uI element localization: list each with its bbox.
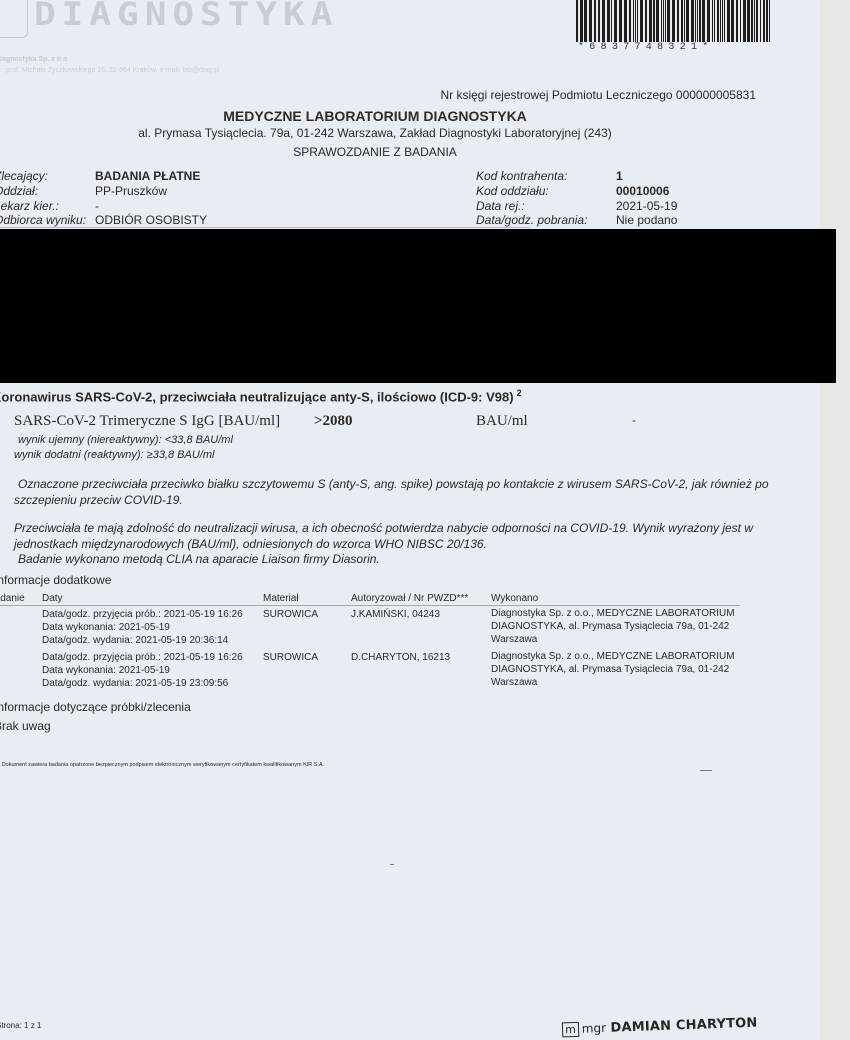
scan-mark	[390, 864, 394, 865]
table-row-1-material: SUROWICA	[263, 609, 318, 622]
sample-info-text: Brak uwag	[0, 719, 51, 733]
footnote-signature: * Dokument zawiera badania opatrzone bez…	[0, 762, 324, 768]
report-title: SPRAWOZDANIE Z BADANIA	[0, 145, 750, 159]
meta-label-department: Oddział:	[0, 184, 38, 198]
meta-label-recipient: Odbiorca wyniku:	[0, 213, 86, 227]
scanned-report-page: DIAGNOSTYKA iagnostyka Sp. z o.o . prof.…	[0, 0, 820, 1040]
registry-number: Nr księgi rejestrowej Podmiotu Lecznicze…	[440, 88, 756, 102]
meta-value-physician: -	[95, 199, 99, 213]
test-parameter: SARS-CoV-2 Trimeryczne S IgG [BAU/ml]	[14, 413, 280, 430]
stamp-name: DAMIAN CHARYTON	[610, 1016, 758, 1036]
meta-value-department: PP-Pruszków	[95, 184, 167, 198]
test-title-text: Koronawirus SARS-CoV-2, przeciwciała neu…	[0, 389, 514, 404]
meta-label-contractor-code: Kod kontrahenta:	[476, 169, 567, 183]
table-row-2-executed-3: Warszawa	[491, 677, 537, 690]
reference-positive: wynik dodatni (reaktywny): ≥33,8 BAU/ml	[14, 449, 214, 461]
comment-2-line-3: Badanie wykonano metodą CLIA na aparacie…	[18, 551, 380, 567]
barcode	[576, 0, 772, 42]
meta-label-registration-date: Data rej.:	[476, 199, 525, 213]
table-row-2-received: Data/godz. przyjęcia prób.: 2021-05-19 1…	[42, 652, 243, 665]
comment-2-line-1: Przeciwciała te mają zdolność do neutral…	[14, 520, 753, 536]
logo-frame	[0, 0, 28, 38]
table-row-2-performed: Data wykonania: 2021-05-19	[42, 665, 170, 678]
page-number: Strona: 1 z 1	[0, 1021, 41, 1030]
company-address: . prof. Michała Życzkowskiego 16, 31-864…	[2, 67, 220, 74]
table-row-1-executed-3: Warszawa	[491, 634, 537, 647]
col-header-test: Badanie	[0, 593, 25, 604]
table-row-2-material: SUROWICA	[263, 652, 318, 665]
table-row-1-received: Data/godz. przyjęcia prób.: 2021-05-19 1…	[42, 609, 243, 622]
table-row-1-performed: Data wykonania: 2021-05-19	[42, 622, 170, 635]
test-title: Koronawirus SARS-CoV-2, przeciwciała neu…	[0, 388, 522, 404]
meta-label-physician: Lekarz kier.:	[0, 199, 59, 213]
additional-info-heading: Informacje dodatkowe	[0, 573, 111, 587]
table-row-1-issued: Data/godz. wydania: 2021-05-19 20:36:14	[42, 635, 228, 648]
signature-stamp: mmgr DAMIAN CHARYTON	[562, 1015, 758, 1038]
col-header-material: Materiał	[263, 593, 299, 604]
comment-1-line-1: Oznaczone przeciwciała przeciwko białku …	[18, 476, 769, 492]
test-title-footnote-ref: 2	[517, 388, 522, 398]
meta-label-department-code: Kod oddziału:	[476, 184, 549, 198]
meta-value-registration-date: 2021-05-19	[616, 199, 677, 213]
meta-value-department-code: 00010006	[616, 184, 669, 198]
table-row-2-authorized: D.CHARYTON, 16213	[351, 652, 450, 665]
test-result-unit: BAU/ml	[476, 413, 528, 430]
meta-value-ordering: BADANIA PŁATNE	[95, 169, 200, 183]
sample-info-heading: Informacje dotyczące próbki/zlecenia	[0, 700, 191, 714]
lab-address: al. Prymasa Tysiąclecia. 79a, 01-242 War…	[0, 126, 750, 140]
test-result-flag: -	[632, 413, 636, 427]
meta-divider	[0, 227, 530, 228]
meta-value-recipient: ODBIÓR OSOBISTY	[95, 213, 207, 227]
table-row-2-executed-2: DIAGNOSTYKA, al. Prymasa Tysiąclecia 79a…	[491, 664, 729, 677]
col-header-dates: Daty	[42, 593, 63, 604]
company-name: iagnostyka Sp. z o.o	[0, 56, 67, 63]
company-logo: DIAGNOSTYKA	[34, 0, 338, 33]
test-result-value: >2080	[314, 413, 353, 430]
comment-1-line-2: szczepieniu przeciw COVID-19.	[14, 492, 183, 508]
scan-mark	[700, 770, 712, 771]
reference-negative: wynik ujemny (niereaktywny): <33,8 BAU/m…	[18, 434, 233, 446]
meta-label-collection-date: Data/godz. pobrania:	[476, 213, 587, 227]
table-row-2-issued: Data/godz. wydania: 2021-05-19 23:09:56	[42, 678, 228, 691]
table-row-1-executed-2: DIAGNOSTYKA, al. Prymasa Tysiąclecia 79a…	[491, 621, 729, 634]
col-header-executed: Wykonano	[491, 593, 538, 604]
table-row-1-authorized: J.KAMIŃSKI, 04243	[351, 609, 440, 622]
barcode-number: *6837748321*	[578, 42, 714, 53]
meta-label-ordering: Zlecający:	[0, 169, 48, 183]
redaction-block	[0, 229, 836, 383]
table-row-1-executed-1: Diagnostyka Sp. z o.o., MEDYCZNE LABORAT…	[491, 608, 735, 621]
table-row-2-executed-1: Diagnostyka Sp. z o.o., MEDYCZNE LABORAT…	[491, 651, 735, 664]
lab-name: MEDYCZNE LABORATORIUM DIAGNOSTYKA	[0, 108, 750, 124]
col-header-authorized: Autoryzował / Nr PWZD***	[351, 593, 468, 604]
meta-value-collection-date: Nie podano	[616, 213, 677, 227]
table-header-divider	[0, 605, 740, 606]
stamp-icon: m	[562, 1022, 579, 1038]
stamp-title: mgr	[582, 1021, 607, 1036]
meta-value-contractor-code: 1	[616, 169, 623, 183]
comment-2-line-2: jednostkach międzynarodowych (BAU/ml), o…	[14, 536, 487, 552]
